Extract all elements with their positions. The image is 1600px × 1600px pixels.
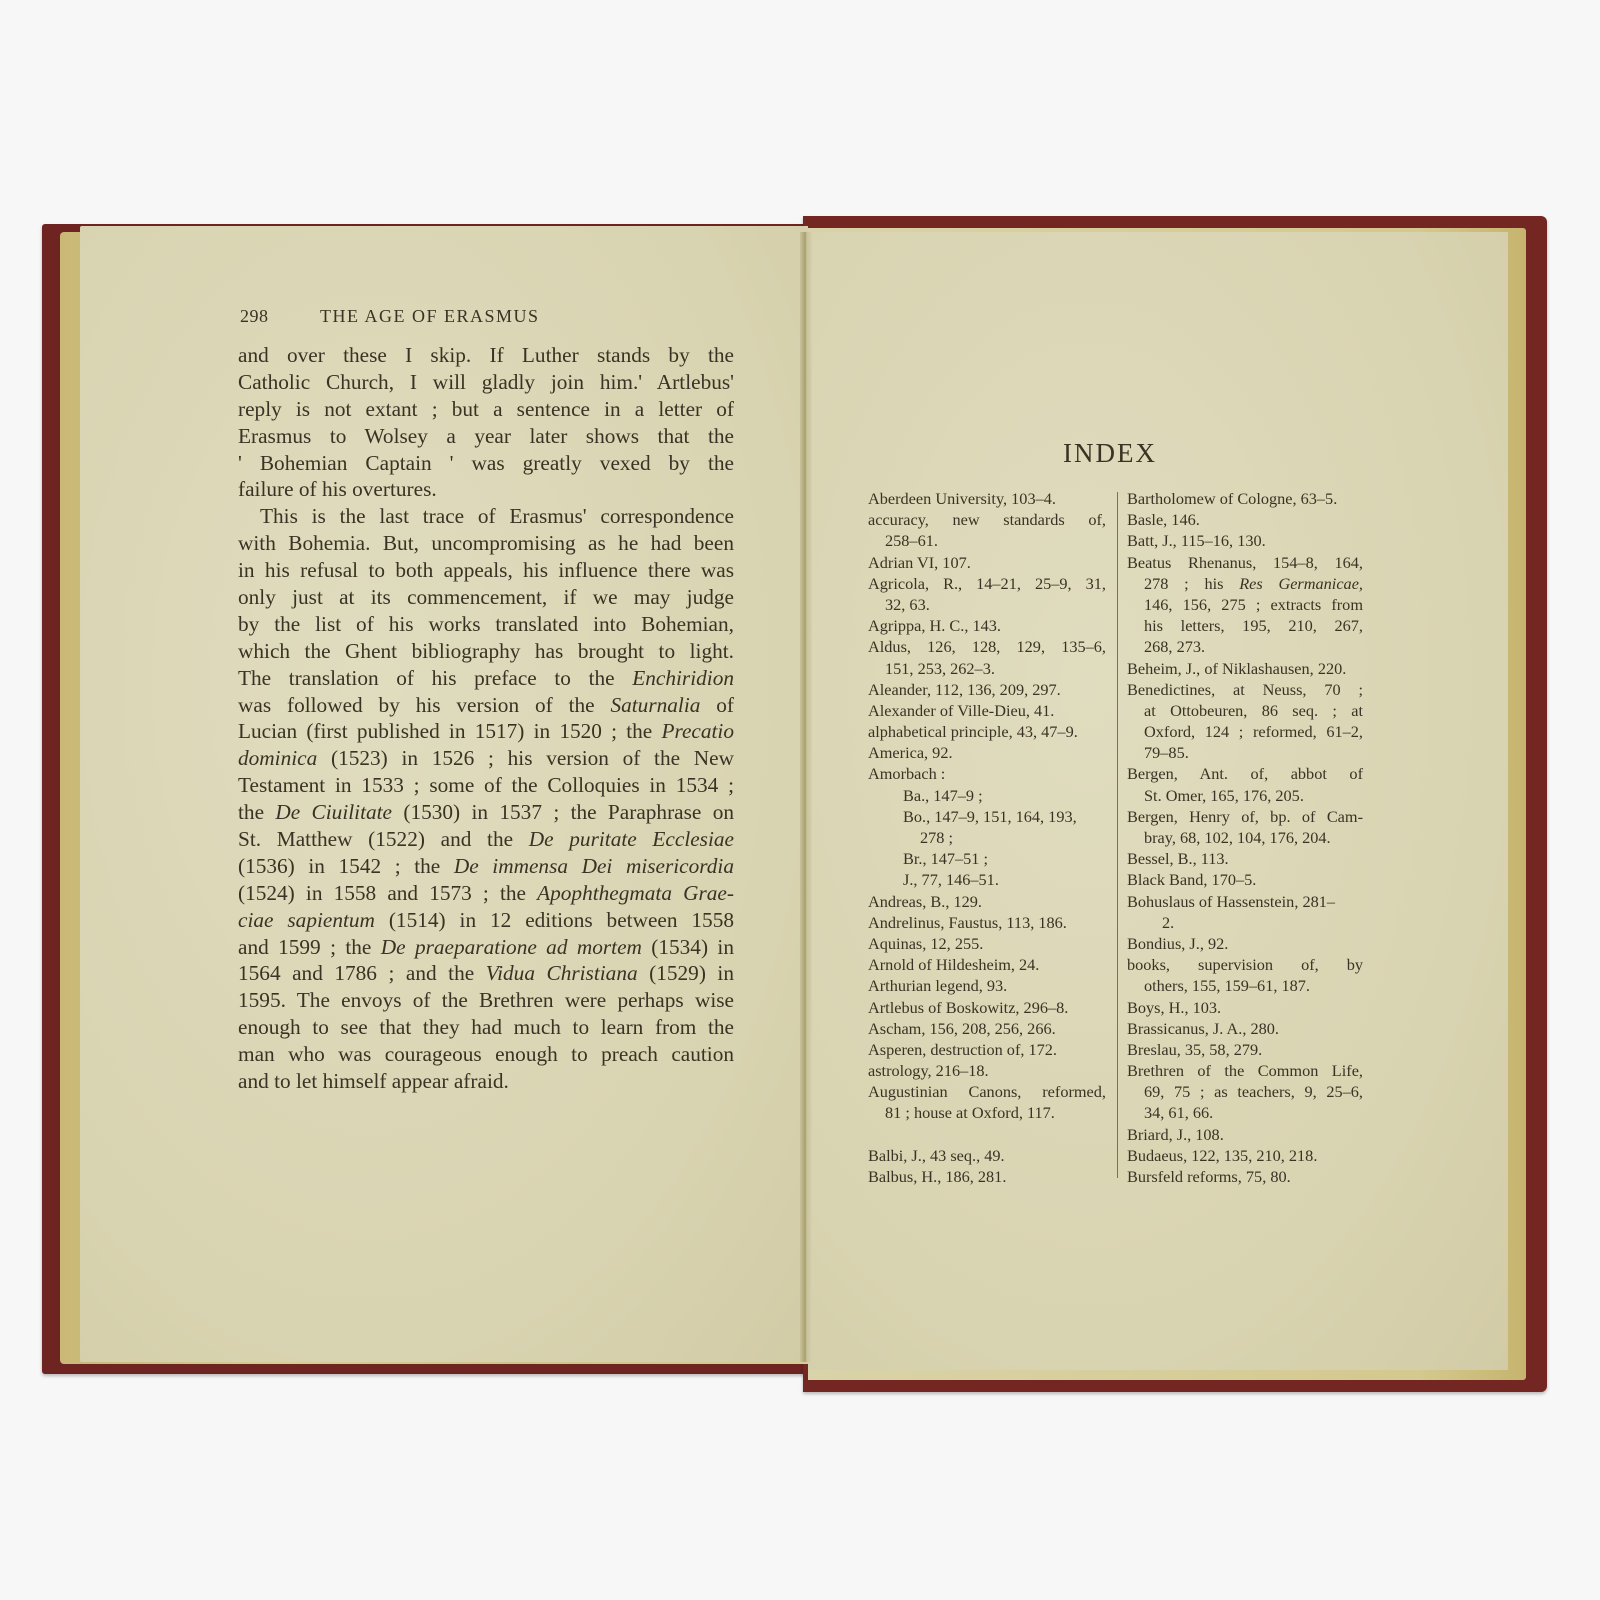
text-run: (1529) in: [638, 961, 734, 985]
index-entry: Bursfeld reforms, 75, 80.: [1127, 1166, 1363, 1187]
book-gutter: [800, 232, 812, 1362]
index-entry: Oxford, 124 ; reformed, 61–2,: [1127, 721, 1363, 742]
italic-title: ciae sapientum: [238, 908, 375, 932]
index-entry: Br., 147–51 ;: [868, 848, 1106, 869]
index-entry: Bartholomew of Cologne, 63–5.: [1127, 488, 1363, 509]
text-line: man who was courageous enough to preach …: [238, 1041, 734, 1068]
paragraph-start: This is the last trace of Erasmus' corre…: [238, 503, 734, 530]
italic-title: Res Germanicae,: [1239, 574, 1363, 593]
text-run: was followed by his version of the: [238, 693, 610, 717]
column-divider: [1117, 492, 1118, 1178]
text-line: Catholic Church, I will gladly join him.…: [238, 369, 734, 396]
text-line: dominica (1523) in 1526 ; his version of…: [238, 745, 734, 772]
text-run: the: [238, 800, 275, 824]
text-run: (1514) in 12 editions between 1558: [375, 908, 734, 932]
text-line: The translation of his preface to the En…: [238, 665, 734, 692]
text-line: failure of his overtures.: [238, 476, 734, 503]
index-entry: Beheim, J., of Niklashausen, 220.: [1127, 658, 1363, 679]
italic-title: dominica: [238, 746, 317, 770]
index-entry: Ba., 147–9 ;: [868, 785, 1106, 806]
index-entry: Budaeus, 122, 135, 210, 218.: [1127, 1145, 1363, 1166]
index-entry: Andreas, B., 129.: [868, 891, 1106, 912]
text-line: in his refusal to both appeals, his infl…: [238, 557, 734, 584]
index-entry: Aberdeen University, 103–4.: [868, 488, 1106, 509]
index-entry: Black Band, 170–5.: [1127, 869, 1363, 890]
running-title: THE AGE OF ERASMUS: [320, 306, 734, 327]
page-number: 298: [240, 306, 320, 327]
index-entry: Amorbach :: [868, 763, 1106, 784]
index-entry: alphabetical principle, 43, 47–9.: [868, 721, 1106, 742]
text-run: (1534) in: [642, 935, 734, 959]
index-column-left: Aberdeen University, 103–4.accuracy, new…: [868, 488, 1106, 1187]
text-line: enough to see that they had much to lear…: [238, 1014, 734, 1041]
index-entry: others, 155, 159–61, 187.: [1127, 975, 1363, 996]
text-run: (1530) in 1537 ; the Paraphrase on: [392, 800, 734, 824]
text-run: Lucian (first published in 1517) in 1520…: [238, 719, 661, 743]
index-entry: Breslau, 35, 58, 279.: [1127, 1039, 1363, 1060]
italic-title: Precatio: [661, 719, 734, 743]
text-line: which the Ghent bibliography has brought…: [238, 638, 734, 665]
text-run: and 1599 ; the: [238, 935, 381, 959]
index-column-right: Bartholomew of Cologne, 63–5.Basle, 146.…: [1127, 488, 1363, 1187]
index-entry: Alexander of Ville-Dieu, 41.: [868, 700, 1106, 721]
index-entry: at Ottobeuren, 86 seq. ; at: [1127, 700, 1363, 721]
text-line: Lucian (first published in 1517) in 1520…: [238, 718, 734, 745]
italic-title: De puritate Ecclesiae: [529, 827, 734, 851]
text-line: and 1599 ; the De praeparatione ad morte…: [238, 934, 734, 961]
index-entry: 268, 273.: [1127, 636, 1363, 657]
index-heading: INDEX: [1030, 438, 1190, 469]
index-entry: Asperen, destruction of, 172.: [868, 1039, 1106, 1060]
text-run: The translation of his preface to the: [238, 666, 632, 690]
index-entry: Arthurian legend, 93.: [868, 975, 1106, 996]
italic-title: Apophthegmata Grae-: [537, 881, 734, 905]
index-entry: Basle, 146.: [1127, 509, 1363, 530]
index-entry: bray, 68, 102, 104, 176, 204.: [1127, 827, 1363, 848]
text-line: the De Ciuilitate (1530) in 1537 ; the P…: [238, 799, 734, 826]
index-entry: Augustinian Canons, reformed,: [868, 1081, 1106, 1102]
text-line: 1564 and 1786 ; and the Vidua Christiana…: [238, 960, 734, 987]
index-entry: Boys, H., 103.: [1127, 997, 1363, 1018]
index-entry: books, supervision of, by: [1127, 954, 1363, 975]
index-entry: 258–61.: [868, 530, 1106, 551]
italic-title: De praeparatione ad mortem: [381, 935, 642, 959]
index-entry: 146, 156, 275 ; extracts from: [1127, 594, 1363, 615]
text-run: St. Matthew (1522) and the: [238, 827, 529, 851]
index-entry: Balbi, J., 43 seq., 49.: [868, 1145, 1106, 1166]
index-entry: Adrian VI, 107.: [868, 552, 1106, 573]
index-entry: J., 77, 146–51.: [868, 869, 1106, 890]
index-entry: 81 ; house at Oxford, 117.: [868, 1102, 1106, 1123]
index-entry: Bo., 147–9, 151, 164, 193,: [868, 806, 1106, 827]
index-entry: 34, 61, 66.: [1127, 1102, 1363, 1123]
text-run: 1564 and 1786 ; and the: [238, 961, 486, 985]
index-entry: his letters, 195, 210, 267,: [1127, 615, 1363, 636]
text-line: (1524) in 1558 and 1573 ; the Apophthegm…: [238, 880, 734, 907]
index-entry: Bergen, Henry of, bp. of Cam-: [1127, 806, 1363, 827]
index-entry: St. Omer, 165, 176, 205.: [1127, 785, 1363, 806]
text-line: ciae sapientum (1514) in 12 editions bet…: [238, 907, 734, 934]
text-line: St. Matthew (1522) and the De puritate E…: [238, 826, 734, 853]
text-line: reply is not extant ; but a sentence in …: [238, 396, 734, 423]
index-entry: America, 92.: [868, 742, 1106, 763]
text-run: (1524) in 1558 and 1573 ; the: [238, 881, 537, 905]
index-entry: Briard, J., 108.: [1127, 1124, 1363, 1145]
index-entry: 69, 75 ; as teachers, 9, 25–6,: [1127, 1081, 1363, 1102]
italic-title: Vidua Christiana: [486, 961, 638, 985]
text-line: was followed by his version of the Satur…: [238, 692, 734, 719]
index-entry: Andrelinus, Faustus, 113, 186.: [868, 912, 1106, 933]
text-run: (1523) in 1526 ; his version of the New: [317, 746, 734, 770]
italic-title: De Ciuilitate: [275, 800, 392, 824]
index-entry: Balbus, H., 186, 281.: [868, 1166, 1106, 1187]
index-entry: 32, 63.: [868, 594, 1106, 615]
text-run: of: [700, 693, 734, 717]
text-line: and to let himself appear afraid.: [238, 1068, 734, 1095]
index-entry: Aldus, 126, 128, 129, 135–6,: [868, 636, 1106, 657]
index-entry: Artlebus of Boskowitz, 296–8.: [868, 997, 1106, 1018]
text-line: (1536) in 1542 ; the De immensa Dei mise…: [238, 853, 734, 880]
index-entry: Brethren of the Common Life,: [1127, 1060, 1363, 1081]
running-head: 298 THE AGE OF ERASMUS: [240, 306, 734, 327]
index-entry: Aleander, 112, 136, 209, 297.: [868, 679, 1106, 700]
index-entry: Brassicanus, J. A., 280.: [1127, 1018, 1363, 1039]
index-entry: Aquinas, 12, 255.: [868, 933, 1106, 954]
index-entry: Benedictines, at Neuss, 70 ;: [1127, 679, 1363, 700]
index-entry: Bergen, Ant. of, abbot of: [1127, 763, 1363, 784]
index-entry: accuracy, new standards of,: [868, 509, 1106, 530]
text-line: 1595. The envoys of the Brethren were pe…: [238, 987, 734, 1014]
text-line: only just at its commencement, if we may…: [238, 584, 734, 611]
index-entry: astrology, 216–18.: [868, 1060, 1106, 1081]
index-gap: [868, 1124, 1106, 1145]
index-entry: Agricola, R., 14–21, 25–9, 31,: [868, 573, 1106, 594]
index-entry: 278 ; his Res Germanicae,: [1127, 573, 1363, 594]
index-entry: Ascham, 156, 208, 256, 266.: [868, 1018, 1106, 1039]
index-entry: Arnold of Hildesheim, 24.: [868, 954, 1106, 975]
italic-title: De immensa Dei misericordia: [454, 854, 734, 878]
index-entry: 2.: [1127, 912, 1363, 933]
italic-title: Saturnalia: [610, 693, 700, 717]
text-line: ' Bohemian Captain ' was greatly vexed b…: [238, 450, 734, 477]
text-line: and over these I skip. If Luther stands …: [238, 342, 734, 369]
text-line: Testament in 1533 ; some of the Colloqui…: [238, 772, 734, 799]
index-entry: Bohuslaus of Hassenstein, 281–: [1127, 891, 1363, 912]
text-line: with Bohemia. But, uncompromising as he …: [238, 530, 734, 557]
index-entry: Batt, J., 115–16, 130.: [1127, 530, 1363, 551]
italic-title: Enchiridion: [632, 666, 734, 690]
text-line: by the list of his works translated into…: [238, 611, 734, 638]
index-entry: 79–85.: [1127, 742, 1363, 763]
index-entry: 278 ;: [868, 827, 1106, 848]
text-run: (1536) in 1542 ; the: [238, 854, 454, 878]
body-text: and over these I skip. If Luther stands …: [238, 342, 734, 1095]
index-entry: 151, 253, 262–3.: [868, 658, 1106, 679]
index-entry: Agrippa, H. C., 143.: [868, 615, 1106, 636]
index-entry: Bondius, J., 92.: [1127, 933, 1363, 954]
text-line: Erasmus to Wolsey a year later shows tha…: [238, 423, 734, 450]
index-entry: Bessel, B., 113.: [1127, 848, 1363, 869]
index-entry: Beatus Rhenanus, 154–8, 164,: [1127, 552, 1363, 573]
